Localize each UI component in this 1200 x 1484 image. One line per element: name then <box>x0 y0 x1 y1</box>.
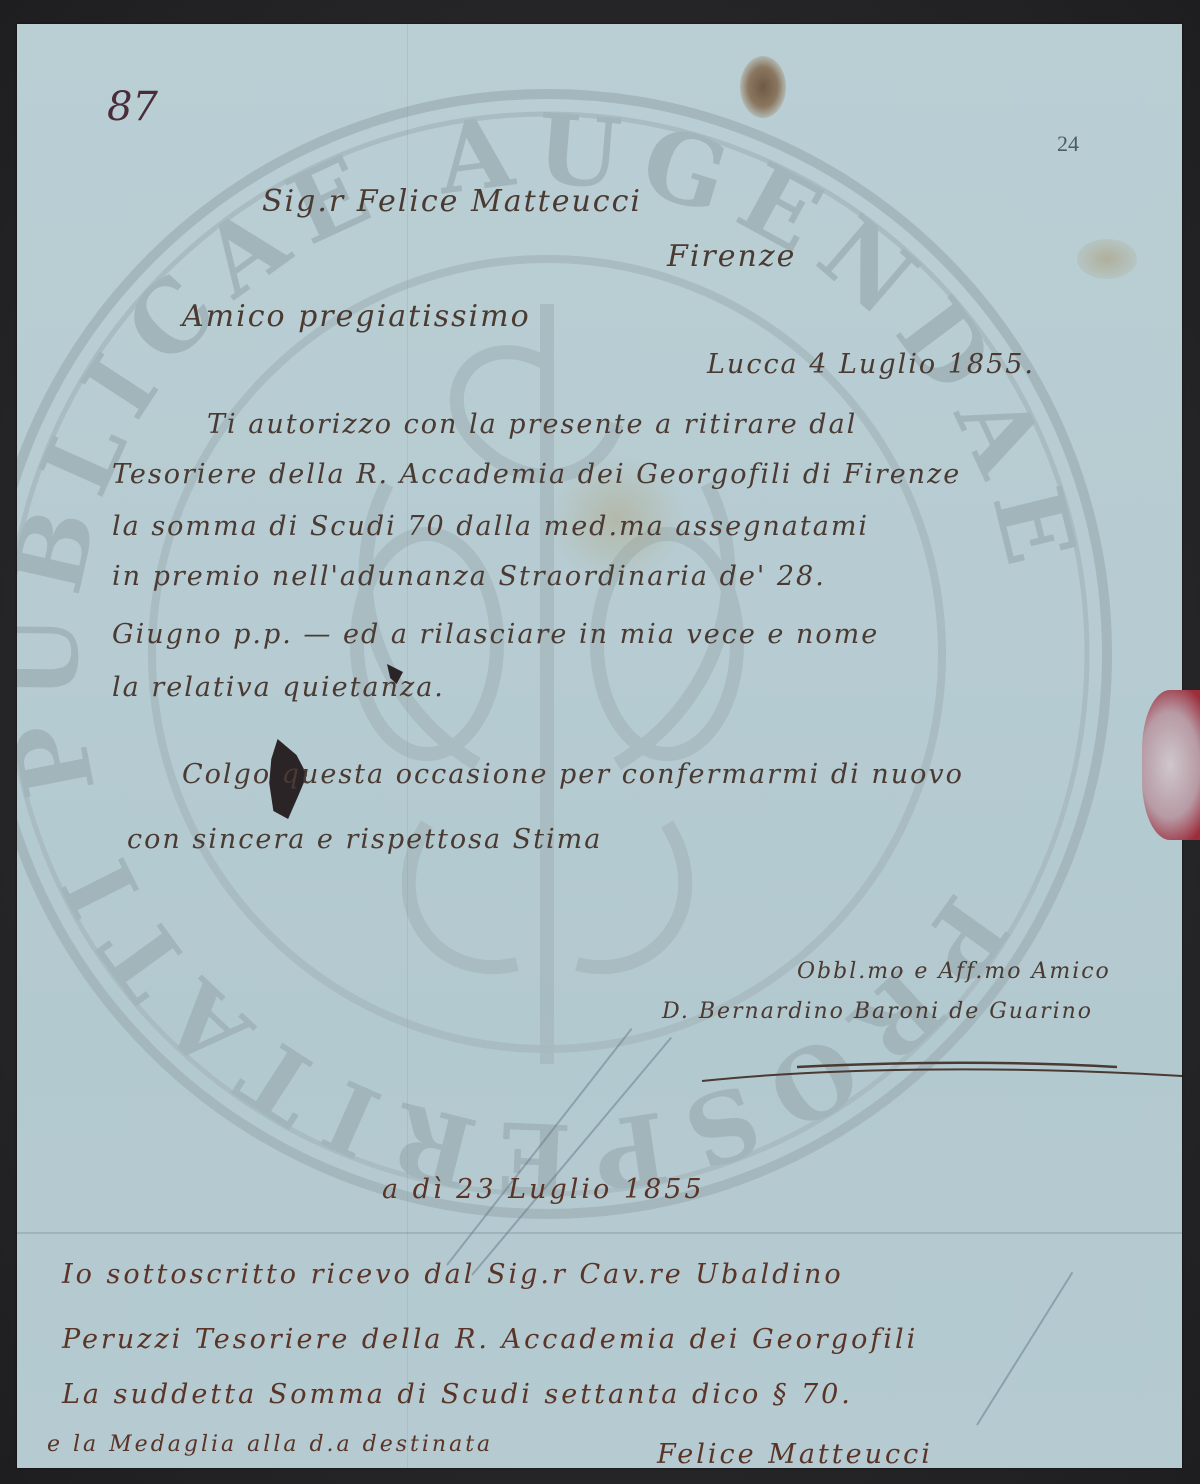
body-line: la relativa quietanza. <box>112 672 445 703</box>
salutation: Amico pregiatissimo <box>182 299 531 334</box>
pencil-stroke <box>976 1272 1073 1426</box>
body-line: Giugno p.p. — ed a rilasciare in mia vec… <box>112 619 879 650</box>
page-number: 24 <box>1057 131 1079 157</box>
author-signature: D. Bernardino Baroni de Guarino <box>662 999 1093 1024</box>
closing-line: Colgo questa occasione per confermarmi d… <box>182 759 964 790</box>
valediction: Obbl.mo e Aff.mo Amico <box>797 959 1111 984</box>
body-line: la somma di Scudi 70 dalla med.ma assegn… <box>112 511 869 542</box>
receipt-line: Io sottoscritto ricevo dal Sig.r Cav.re … <box>62 1259 844 1290</box>
receipt-line: Peruzzi Tesoriere della R. Accademia dei… <box>62 1324 918 1355</box>
body-line: in premio nell'adunanza Straordinaria de… <box>112 561 826 592</box>
burn-stain <box>740 56 786 118</box>
receipt-signature: Felice Matteucci <box>657 1439 933 1468</box>
receipt-date: a dì 23 Luglio 1855 <box>382 1174 705 1205</box>
addressee: Sig.r Felice Matteucci <box>262 184 642 219</box>
body-line: Ti autorizzo con la presente a ritirare … <box>207 409 857 440</box>
closing-line: con sincera e rispettosa Stima <box>127 824 602 855</box>
place-date: Lucca 4 Luglio 1855. <box>707 349 1035 380</box>
fold-line-vertical <box>407 24 408 1468</box>
rust-stain <box>1077 239 1137 279</box>
address-city: Firenze <box>667 239 796 274</box>
body-line: Tesoriere della R. Accademia dei Georgof… <box>112 459 961 490</box>
wax-seal-fragment <box>1142 690 1200 840</box>
pencil-stroke <box>471 1037 672 1276</box>
pencil-stroke <box>446 1028 632 1266</box>
fold-line-horizontal <box>17 1232 1182 1234</box>
folio-mark: 87 <box>107 84 158 130</box>
signature-flourish <box>697 1059 1182 1089</box>
letter-sheet: PROSPERITATI PUBLICAE AUGENDAE 87 24 Sig… <box>17 24 1182 1468</box>
receipt-line: La suddetta Somma di Scudi settanta dico… <box>62 1379 853 1410</box>
receipt-line: e la Medaglia alla d.a destinata <box>47 1432 493 1457</box>
